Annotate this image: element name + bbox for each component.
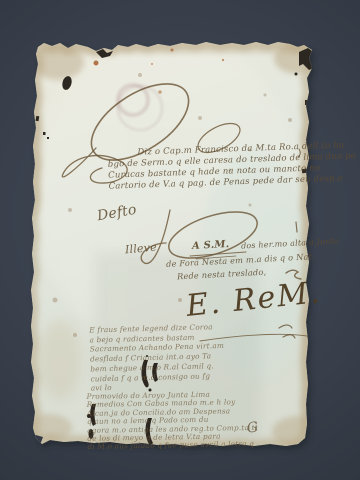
- margin-mark: G: [246, 419, 260, 436]
- provisao-paragraph: Promovido do Aroyo Junta Lima Remedios C…: [87, 389, 306, 452]
- petition-paragraph: Diz o Cap.m Francisco da M.ta Ro.a dell.…: [107, 141, 320, 192]
- royal-monogram: A S.M.: [192, 239, 230, 252]
- despacho-lead: Illeve: [124, 241, 157, 257]
- manuscript-photo: Diz o Cap.m Francisco da M.ta Ro.a dell.…: [0, 0, 360, 480]
- registro-paragraph: E fraus fente legend dize Coroa a bejo q…: [89, 321, 281, 394]
